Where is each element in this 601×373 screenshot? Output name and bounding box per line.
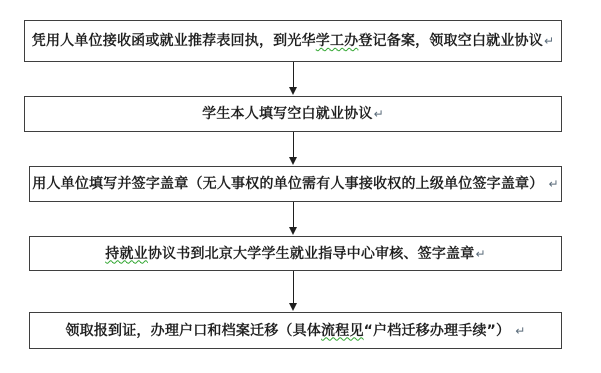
text-segment: 凭用人单位接收函或就业推荐表回执，到光华: [32, 33, 316, 49]
flow-step-4-text: 持就业协议书到北京大学学生就业指导中心审核、签字盖章↵: [105, 247, 485, 261]
flow-step-2: 学生本人填写空白就业协议↵: [24, 96, 562, 132]
return-mark: ↵: [544, 177, 558, 191]
arrow-line: [293, 202, 294, 229]
flow-step-1: 凭用人单位接收函或就业推荐表回执，到光华学工办登记备案，领取空白就业协议↵: [24, 20, 562, 62]
flow-step-1-text: 凭用人单位接收函或就业推荐表回执，到光华学工办登记备案，领取空白就业协议↵: [32, 34, 554, 48]
arrow-head-icon: [289, 157, 297, 165]
flow-step-3-text: 用人单位填写并签字盖章（无人事权的单位需有人事接收权的上级单位签字盖章） ↵: [32, 177, 558, 191]
down-arrow-3: [289, 202, 298, 235]
text-segment: “户档迁移办理手续”）: [364, 323, 511, 339]
down-arrow-1: [289, 62, 298, 95]
flow-step-3: 用人单位填写并签字盖章（无人事权的单位需有人事接收权的上级单位签字盖章） ↵: [29, 166, 562, 202]
text-segment: 学生本人填写空白就业协议: [202, 106, 372, 122]
flow-step-5: 领取报到证，办理户口和档案迁移（具体流程见“户档迁移办理手续”） ↵: [29, 312, 562, 349]
arrow-line: [293, 271, 294, 305]
text-segment: 领取报到证，办理户口和档案迁移（具体: [65, 323, 321, 339]
flow-step-5-text: 领取报到证，办理户口和档案迁移（具体流程见“户档迁移办理手续”） ↵: [65, 324, 525, 338]
arrow-head-icon: [289, 303, 297, 311]
flowchart-page: 凭用人单位接收函或就业推荐表回执，到光华学工办登记备案，领取空白就业协议↵ 学生…: [0, 0, 601, 373]
text-segment-squiggle: 学工办: [316, 33, 359, 49]
arrow-line: [293, 132, 294, 159]
text-segment-squiggle: 流程见: [321, 323, 364, 339]
down-arrow-4: [289, 271, 298, 311]
return-mark: ↵: [475, 247, 485, 261]
text-segment: 用人单位填写并签字盖章（无人事权的单位需有人事接收权的上级单位签字盖章）: [32, 176, 543, 192]
arrow-head-icon: [289, 227, 297, 235]
text-segment: 协议书到北京大学学生就业指导中心审核、签字盖章: [148, 246, 475, 262]
flow-step-4: 持就业协议书到北京大学学生就业指导中心审核、签字盖章↵: [29, 236, 562, 271]
arrow-line: [293, 62, 294, 89]
down-arrow-2: [289, 132, 298, 165]
flow-step-2-text: 学生本人填写空白就业协议↵: [202, 107, 384, 121]
return-mark: ↵: [511, 324, 525, 338]
return-mark: ↵: [374, 107, 384, 121]
text-segment: 登记备案，领取空白就业协议: [358, 33, 543, 49]
text-segment-squiggle: 持就业: [105, 246, 148, 262]
arrow-head-icon: [289, 87, 297, 95]
return-mark: ↵: [544, 34, 554, 48]
